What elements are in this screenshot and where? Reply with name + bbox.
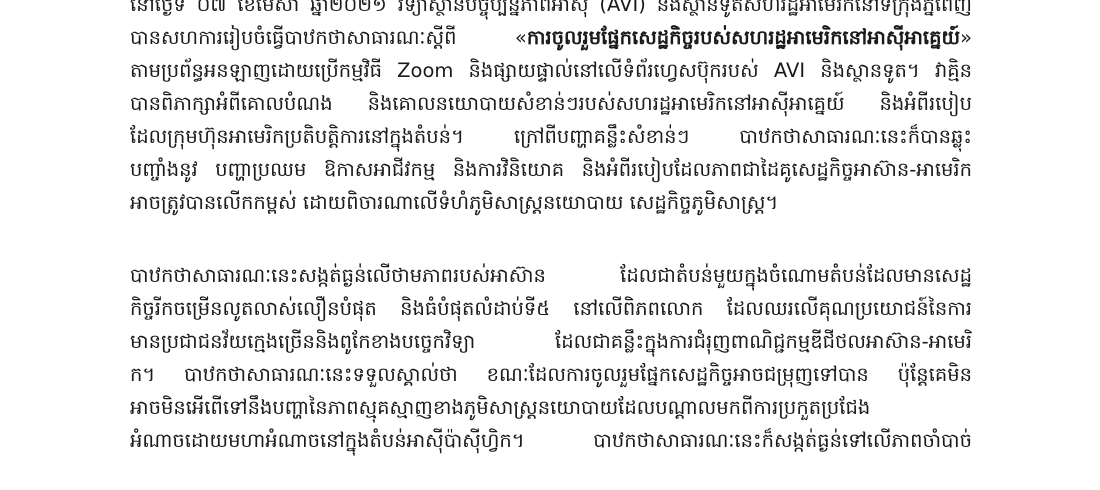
text-line: បានពិភាក្សាអំពីគោលបំណង និងគោលនយោបាយសំខាន… xyxy=(130,87,972,120)
quote-intro: បានសហការរៀបចំធ្វើបាឋកថាសាធារណៈស្ដីពី « xyxy=(130,26,527,49)
text-line: បាឋកថាសាធារណៈនេះសង្កត់ធ្ងន់លើថាមភាពរបស់អ… xyxy=(130,259,972,292)
quote-close: » xyxy=(960,26,972,49)
paragraph-spacer xyxy=(130,219,972,259)
text-line: តាមប្រព័ន្ធអនឡាញដោយប្រើកម្មវិធី Zoom និង… xyxy=(130,54,972,87)
text-line: បញ្ចាំងនូវ បញ្ហាប្រឈម ឱកាសអាជីវកម្ម និងក… xyxy=(130,153,972,186)
text-line: ក។ បាឋកថាសាធារណៈនេះទទួលស្គាល់ថា ខណៈដែលកា… xyxy=(130,358,972,391)
text-line: ដែលក្រុមហ៊ុនអាមេរិកប្រតិបត្តិការនៅក្នុងត… xyxy=(130,120,972,153)
article-body: នៅថ្ងៃទី ០៧ ខែមេសា ឆ្នាំ២០២១ វិទ្យាស្ថាន… xyxy=(130,0,972,457)
text-line: អាចមិនអើពើទៅនឹងបញ្ហានៃភាពស្មុគស្មាញខាងភូ… xyxy=(130,391,972,424)
text-line: កិច្ចរីកចម្រើនលូតលាស់លឿនបំផុត និងធំបំផុត… xyxy=(130,292,972,325)
text-line: មានប្រជាជនវ័យក្មេងច្រើននិងពូកែខាងបច្ចេកវ… xyxy=(130,325,972,358)
text-line: នៅថ្ងៃទី ០៧ ខែមេសា ឆ្នាំ២០២១ វិទ្យាស្ថាន… xyxy=(130,0,972,21)
text-line: អំណាចដោយមហាអំណាចនៅក្នុងតំបន់អាស៊ីប៉ាស៊ីហ… xyxy=(130,424,972,457)
text-line: អាចត្រូវបានលើកកម្ពស់ ដោយពិចារណាលើទំហំភូម… xyxy=(130,186,972,219)
paragraph-1: នៅថ្ងៃទី ០៧ ខែមេសា ឆ្នាំ២០២១ វិទ្យាស្ថាន… xyxy=(130,0,972,219)
document-page: នៅថ្ងៃទី ០៧ ខែមេសា ឆ្នាំ២០២១ វិទ្យាស្ថាន… xyxy=(0,0,1100,490)
lecture-title: ការចូលរួមផ្នែកសេដ្ឋកិច្ចរបស់សហរដ្ឋអាមេរិ… xyxy=(527,26,960,49)
text-line-with-title: បានសហការរៀបចំធ្វើបាឋកថាសាធារណៈស្ដីពី «កា… xyxy=(130,21,972,54)
paragraph-2: បាឋកថាសាធារណៈនេះសង្កត់ធ្ងន់លើថាមភាពរបស់អ… xyxy=(130,259,972,457)
